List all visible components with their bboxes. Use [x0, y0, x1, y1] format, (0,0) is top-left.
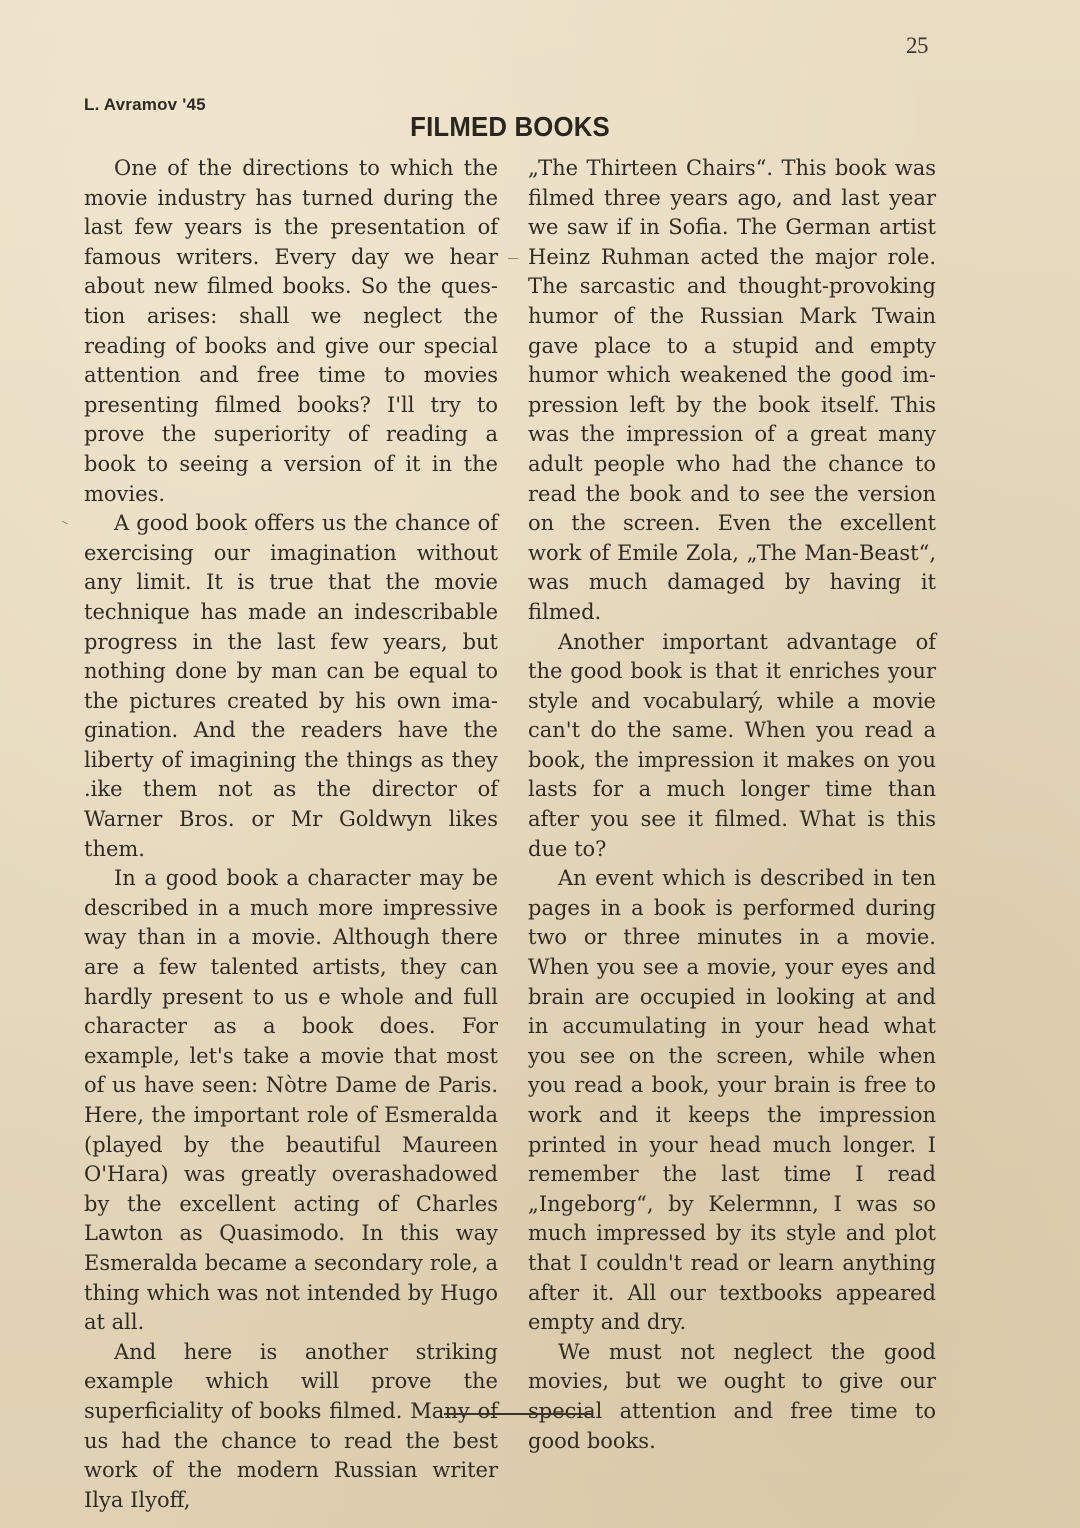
article-title: FILMED BOOKS	[41, 111, 979, 143]
paragraph-example: And here is another striking example whi…	[84, 1338, 498, 1516]
paragraph-imagination: A good book offers us the chance of exer…	[84, 509, 498, 864]
margin-mark	[62, 521, 68, 525]
margin-mark	[508, 258, 518, 259]
paragraph-vocabulary: Another important advantage of the good …	[528, 628, 936, 865]
right-column: „The Thirteen Chairs“. This book was fil…	[528, 154, 936, 1456]
end-of-article-rule	[444, 1413, 592, 1415]
left-column: One of the directions to which the movie…	[84, 154, 498, 1515]
paragraph-intro: One of the directions to which the movie…	[84, 154, 498, 509]
paragraph-event: An event which is described in ten pages…	[528, 864, 936, 1338]
paragraph-conclusion: We must not neglect the good movies, but…	[528, 1338, 936, 1456]
page-number: 25	[906, 33, 928, 59]
paragraph-thirteen-chairs: „The Thirteen Chairs“. This book was fil…	[528, 154, 936, 628]
paragraph-character: In a good book a character may be descri…	[84, 864, 498, 1338]
